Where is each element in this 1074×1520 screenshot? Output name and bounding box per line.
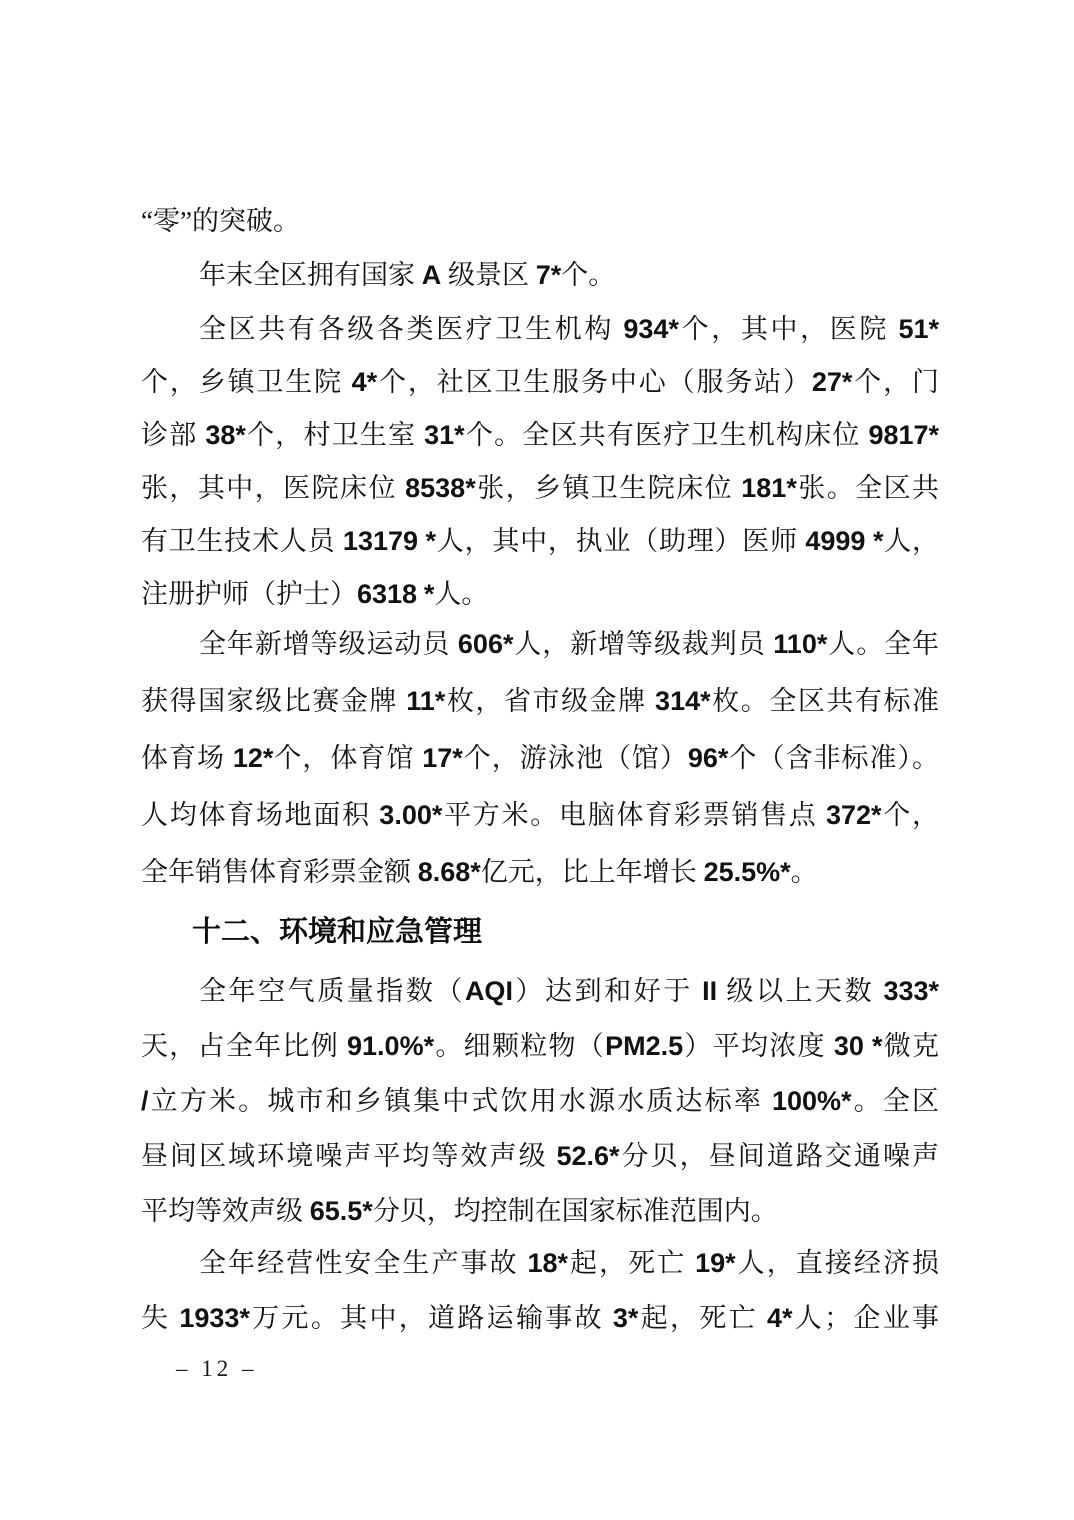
text-line: 有卫生技术人员 13179 *人，其中，执业（助理）医师 4999 *人， (141, 515, 939, 568)
text-line: 体育场 12*个，体育馆 17*个，游泳池（馆）96*个（含非标准）。 (141, 730, 939, 787)
paragraph-medical-health: 全区共有各级各类医疗卫生机构 934*个，其中，医院 51* 个，乡镇卫生院 4… (141, 303, 939, 621)
text-line: 年末全区拥有国家 A 级景区 7*个。 (141, 248, 939, 303)
text-line: 天，占全年比例 91.0%*。细颗粒物（PM2.5）平均浓度 30 *微克 (141, 1019, 939, 1074)
text-line: 张，其中，医院床位 8538*张，乡镇卫生院床位 181*张。全区共 (141, 462, 939, 515)
paragraph-continuation: “零”的突破。 (141, 194, 939, 249)
section-heading-environment-emergency: 十二、环境和应急管理 (141, 912, 939, 952)
text-line: /立方米。城市和乡镇集中式饮用水源水质达标率 100%*。全区 (141, 1074, 939, 1129)
paragraph-scenic-spots: 年末全区拥有国家 A 级景区 7*个。 (141, 248, 939, 303)
text-line: 昼间区域环境噪声平均等效声级 52.6*分贝，昼间道路交通噪声 (141, 1129, 939, 1184)
text-line: “零”的突破。 (141, 194, 939, 249)
paragraph-safety-accidents: 全年经营性安全生产事故 18*起，死亡 19*人，直接经济损 失 1933*万元… (141, 1236, 939, 1346)
paragraph-sports: 全年新增等级运动员 606*人，新增等级裁判员 110*人。全年 获得国家级比赛… (141, 616, 939, 901)
text-line: 人均体育场地面积 3.00*平方米。电脑体育彩票销售点 372*个， (141, 787, 939, 844)
text-line: 失 1933*万元。其中，道路运输事故 3*起，死亡 4*人；企业事 (141, 1291, 939, 1346)
text-line: 个，乡镇卫生院 4*个，社区卫生服务中心（服务站）27*个，门 (141, 356, 939, 409)
text-line: 平均等效声级 65.5*分贝，均控制在国家标准范围内。 (141, 1184, 939, 1239)
paragraph-environment: 全年空气质量指数（AQI）达到和好于 II 级以上天数 333* 天，占全年比例… (141, 964, 939, 1239)
text-line: 全年经营性安全生产事故 18*起，死亡 19*人，直接经济损 (141, 1236, 939, 1291)
document-page: “零”的突破。 年末全区拥有国家 A 级景区 7*个。 全区共有各级各类医疗卫生… (0, 0, 1074, 1520)
text-line: 全区共有各级各类医疗卫生机构 934*个，其中，医院 51* (141, 303, 939, 356)
text-line: 诊部 38*个，村卫生室 31*个。全区共有医疗卫生机构床位 9817* (141, 409, 939, 462)
text-line: 全年空气质量指数（AQI）达到和好于 II 级以上天数 333* (141, 964, 939, 1019)
text-line: 全年新增等级运动员 606*人，新增等级裁判员 110*人。全年 (141, 616, 939, 673)
page-number: – 12 – (176, 1355, 258, 1383)
text-line: 注册护师（护士）6318 *人。 (141, 568, 939, 621)
text-line: 全年销售体育彩票金额 8.68*亿元，比上年增长 25.5%*。 (141, 844, 939, 901)
text-line: 获得国家级比赛金牌 11*枚，省市级金牌 314*枚。全区共有标准 (141, 673, 939, 730)
